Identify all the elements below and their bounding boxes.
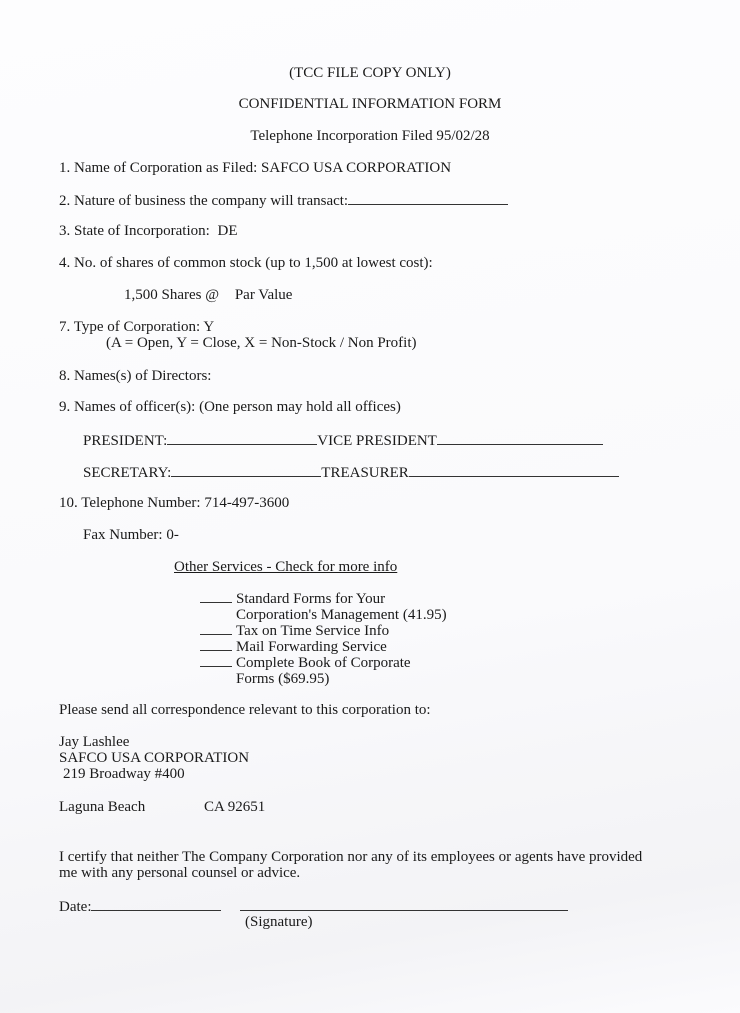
corp-name-row: 1. Name of Corporation as Filed: SAFCO U…	[59, 160, 451, 177]
state-row: 3. State of Incorporation: DE	[59, 223, 238, 240]
nature-label: 2. Nature of business the company will t…	[59, 193, 348, 209]
signature-field[interactable]	[240, 910, 568, 911]
secretary-field[interactable]	[171, 463, 321, 477]
state-value: DE	[218, 223, 238, 239]
copy-note: (TCC FILE COPY ONLY)	[0, 65, 740, 82]
telephone-row: 10. Telephone Number: 714-497-3600	[59, 495, 289, 512]
service-checkbox-line[interactable]	[200, 590, 232, 603]
service-option-mail-forwarding: Mail Forwarding Service	[200, 638, 387, 655]
president-row: PRESIDENT:VICE PRESIDENT	[83, 431, 603, 450]
date-row: Date:	[59, 897, 221, 916]
secretary-row: SECRETARY:TREASURER	[83, 463, 619, 482]
officers-label: 9. Names of officer(s): (One person may …	[59, 399, 401, 416]
secretary-label: SECRETARY:	[83, 465, 171, 481]
treasurer-field[interactable]	[409, 463, 619, 477]
fax-value: 0-	[166, 527, 179, 543]
type-label: 7. Type of Corporation:	[59, 319, 200, 335]
service-checkbox-line[interactable]	[200, 622, 232, 635]
service-checkbox-line[interactable]	[200, 654, 232, 667]
telephone-label: 10. Telephone Number:	[59, 495, 201, 511]
type-row: 7. Type of Corporation: Y	[59, 319, 214, 336]
fax-label: Fax Number:	[83, 527, 163, 543]
signature-label: (Signature)	[245, 914, 312, 931]
president-label: PRESIDENT:	[83, 433, 167, 449]
correspondence-name: Jay Lashlee	[59, 734, 129, 750]
vice-president-field[interactable]	[437, 431, 603, 445]
service-option-corporate-book: Complete Book of Corporate Forms ($69.95…	[200, 654, 411, 687]
telephone-value: 714-497-3600	[204, 495, 289, 511]
president-field[interactable]	[167, 431, 317, 445]
nature-row: 2. Nature of business the company will t…	[59, 191, 508, 210]
correspondence-company: SAFCO USA CORPORATION	[59, 750, 249, 766]
date-label: Date:	[59, 899, 91, 915]
corp-name-value: SAFCO USA CORPORATION	[261, 160, 451, 176]
nature-field[interactable]	[348, 191, 508, 205]
certification-line-2: me with any personal counsel or advice.	[59, 865, 300, 881]
date-field[interactable]	[91, 897, 221, 911]
services-heading: Other Services - Check for more info	[174, 559, 397, 576]
certification-line-1: I certify that neither The Company Corpo…	[59, 849, 642, 865]
form-title: CONFIDENTIAL INFORMATION FORM	[0, 96, 740, 113]
service-option-standard-forms: Standard Forms for Your Corporation's Ma…	[200, 590, 447, 623]
type-value: Y	[203, 319, 214, 335]
type-legend: (A = Open, Y = Close, X = Non-Stock / No…	[106, 335, 417, 352]
directors-label: 8. Names(s) of Directors:	[59, 368, 211, 385]
shares-row: 1,500 Shares @ Par Value	[124, 287, 292, 304]
service-checkbox-line[interactable]	[200, 638, 232, 651]
correspondence-street: 219 Broadway #400	[63, 766, 185, 782]
filed-line: Telephone Incorporation Filed 95/02/28	[0, 128, 740, 145]
shares-label: 4. No. of shares of common stock (up to …	[59, 255, 433, 272]
corp-name-label: 1. Name of Corporation as Filed:	[59, 160, 257, 176]
correspondence-intro: Please send all correspondence relevant …	[59, 702, 431, 719]
fax-row: Fax Number: 0-	[83, 527, 179, 544]
shares-value: 1,500 Shares @	[124, 287, 219, 303]
treasurer-label: TREASURER	[321, 465, 409, 481]
correspondence-city: Laguna Beach	[59, 799, 145, 816]
par-value: Par Value	[235, 287, 293, 303]
state-label: 3. State of Incorporation:	[59, 223, 210, 239]
correspondence-state-zip: CA 92651	[204, 799, 265, 816]
service-option-tax-on-time: Tax on Time Service Info	[200, 622, 389, 639]
form-page: (TCC FILE COPY ONLY) CONFIDENTIAL INFORM…	[0, 0, 740, 1013]
vice-president-label: VICE PRESIDENT	[317, 433, 437, 449]
